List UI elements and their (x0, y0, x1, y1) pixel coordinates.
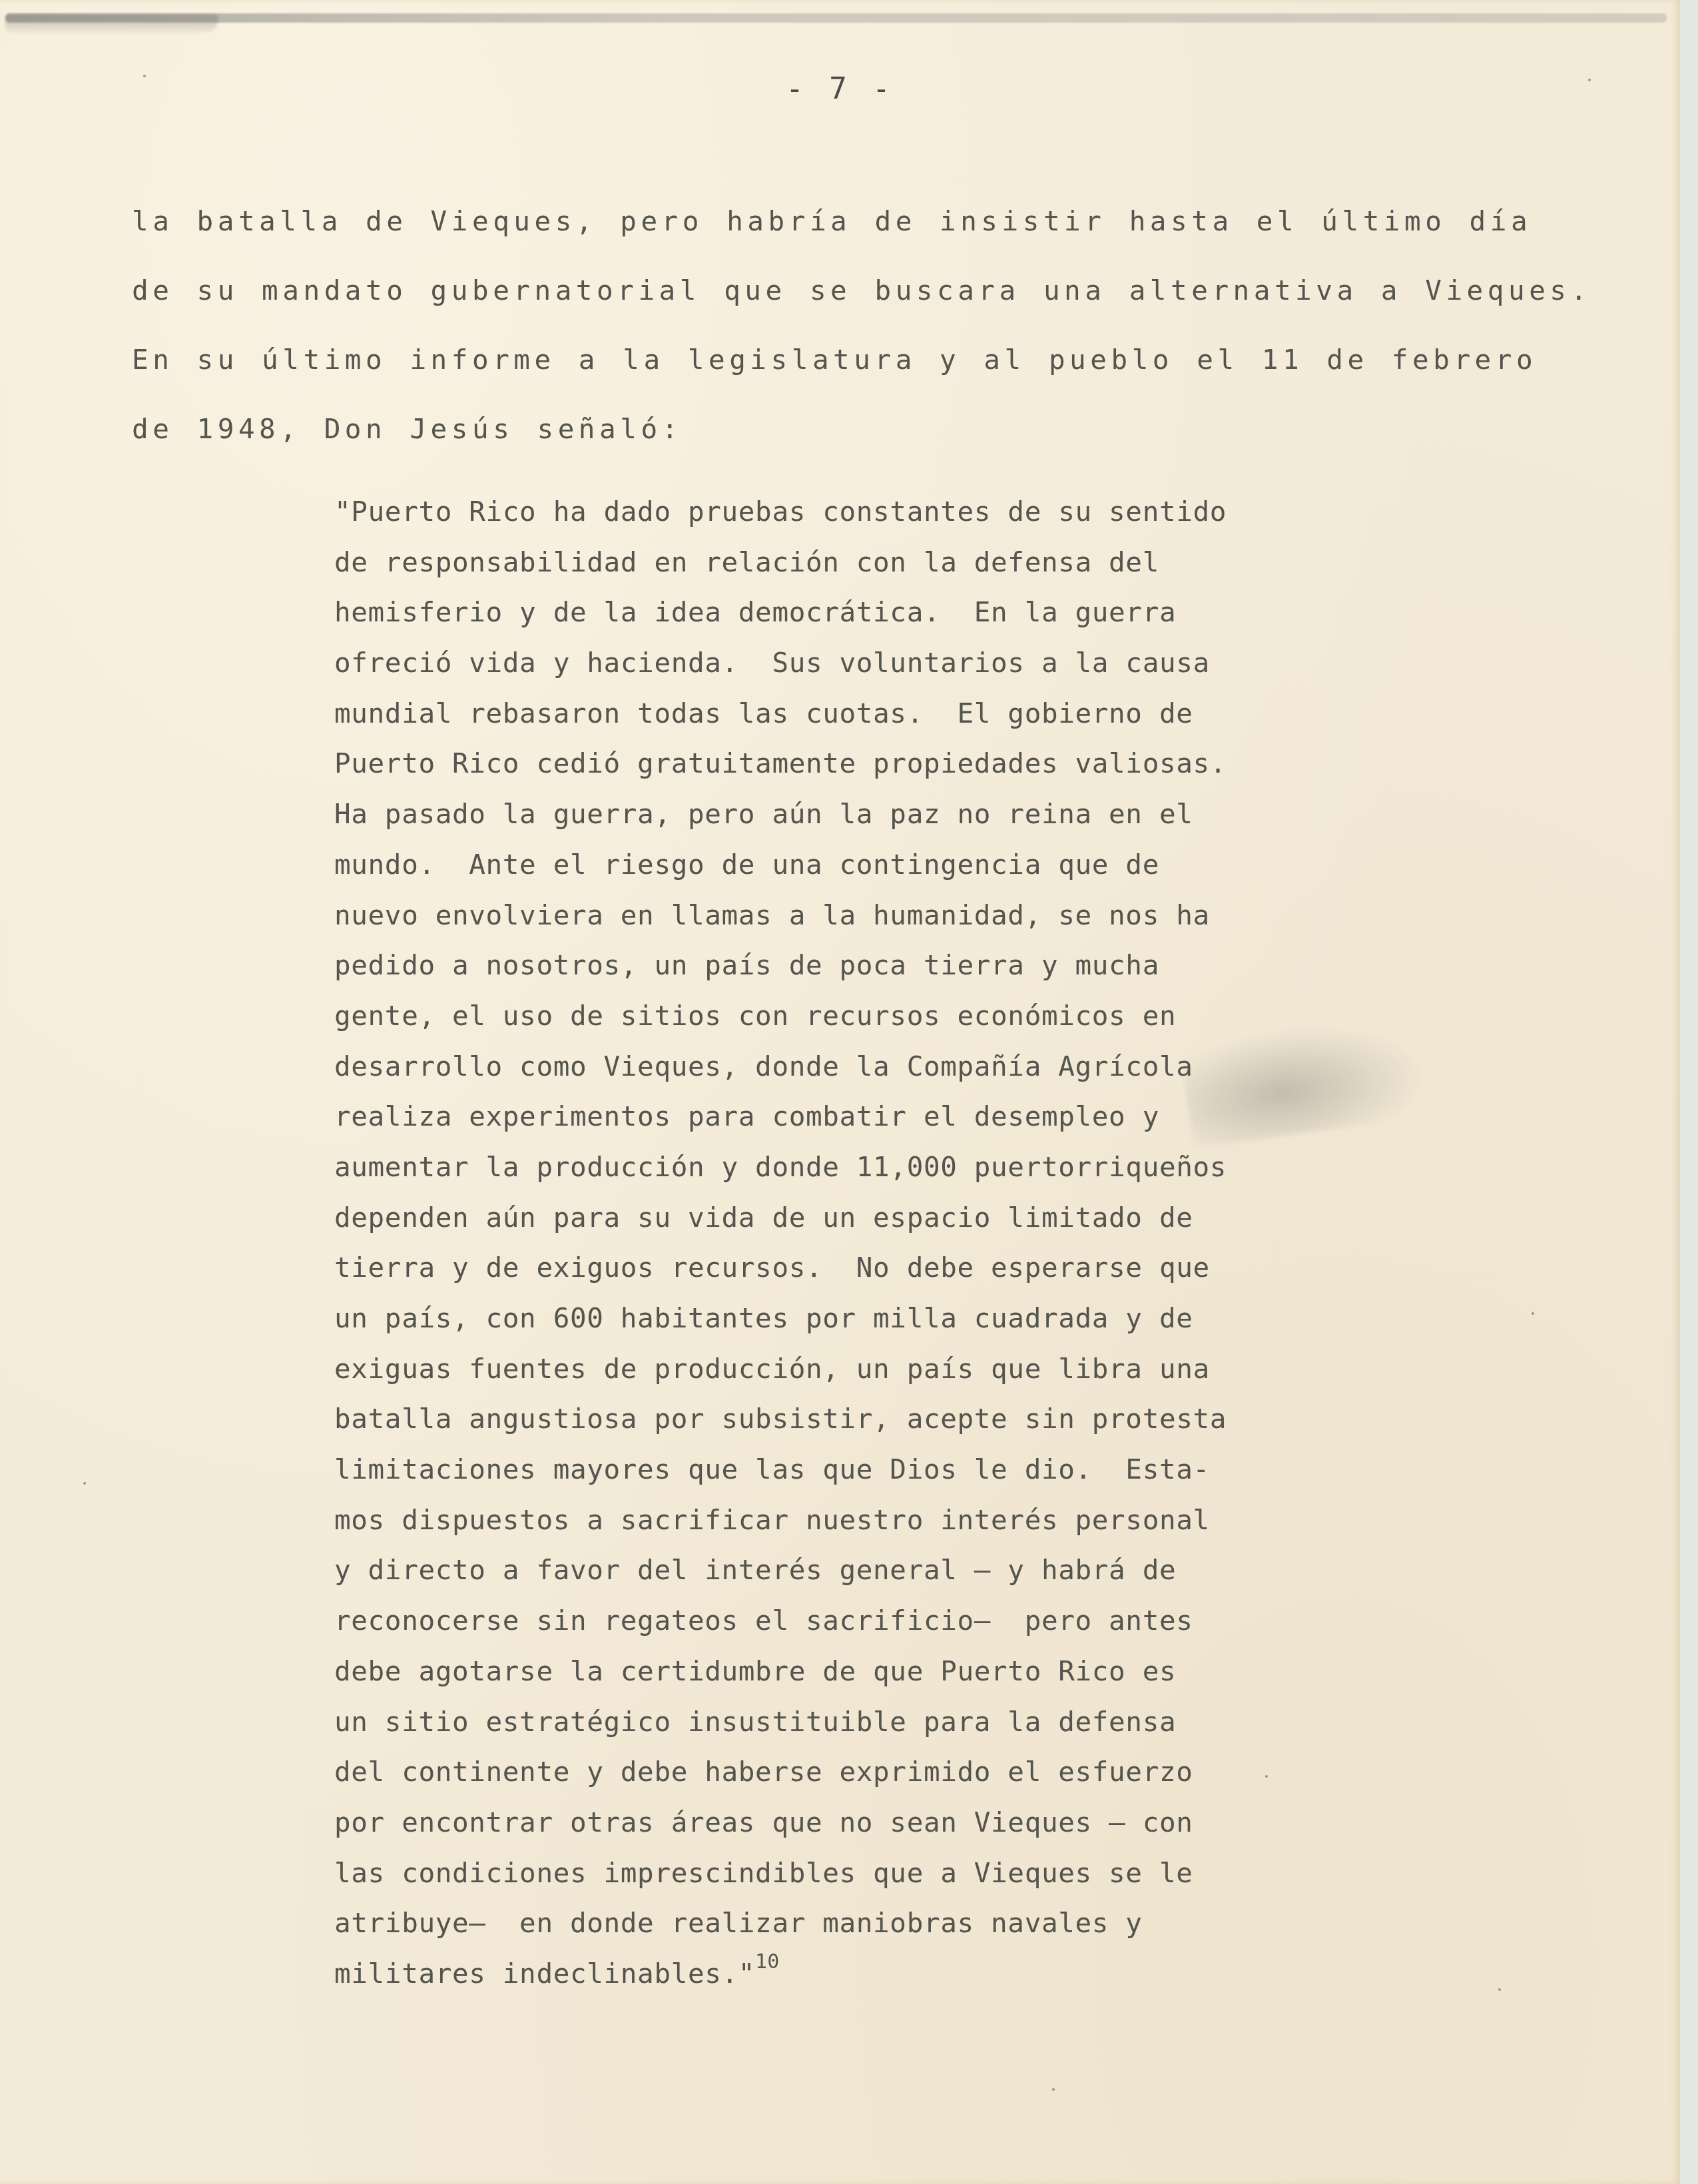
quote-line: mos dispuestos a sacrificar nuestro inte… (334, 1500, 1227, 1551)
quote-line: un país, con 600 habitantes por milla cu… (334, 1298, 1227, 1349)
quote-line: mundial rebasaron todas las cuotas. El g… (334, 693, 1227, 744)
quote-line-text: militares indeclinables." (334, 1958, 755, 1990)
quote-line: batalla angustiosa por subsistir, acepte… (334, 1399, 1227, 1449)
quote-line: gente, el uso de sitios con recursos eco… (334, 996, 1227, 1046)
body-line: En su último informe a la legislatura y … (132, 340, 1591, 409)
body-line: la batalla de Vieques, pero habría de in… (132, 201, 1591, 270)
page-number: - 7 - (0, 72, 1680, 106)
block-quote: "Puerto Rico ha dado pruebas constantes … (334, 492, 1227, 2004)
quote-line: debe agotarse la certidumbre de que Puer… (334, 1651, 1227, 1702)
quote-line: hemisferio y de la idea democrática. En … (334, 592, 1227, 643)
body-line: de su mandato gubernatorial que se busca… (132, 270, 1591, 340)
quote-line: Puerto Rico cedió gratuitamente propieda… (334, 743, 1227, 794)
scan-smudge-top-left (5, 15, 218, 33)
speck (83, 1482, 86, 1485)
footnote-marker[interactable]: 10 (755, 1950, 779, 1974)
quote-line: reconocerse sin regateos el sacrificio— … (334, 1601, 1227, 1651)
quote-line: ofreció vida y hacienda. Sus voluntarios… (334, 643, 1227, 693)
quote-line-last: militares indeclinables."10 (334, 1954, 1227, 2004)
quote-line: las condiciones imprescindibles que a Vi… (334, 1853, 1227, 1904)
quote-line: de responsabilidad en relación con la de… (334, 542, 1227, 593)
quote-line: desarrollo como Vieques, donde la Compañ… (334, 1046, 1227, 1097)
quote-line: "Puerto Rico ha dado pruebas constantes … (334, 492, 1227, 542)
quote-line: pedido a nosotros, un país de poca tierr… (334, 945, 1227, 996)
body-line: de 1948, Don Jesús señaló: (132, 409, 1591, 478)
quote-line: realiza experimentos para combatir el de… (334, 1096, 1227, 1147)
body-paragraph: la batalla de Vieques, pero habría de in… (132, 201, 1591, 478)
quote-line: dependen aún para su vida de un espacio … (334, 1198, 1227, 1248)
scan-smudge-top (5, 13, 1667, 23)
quote-line: exiguas fuentes de producción, un país q… (334, 1349, 1227, 1399)
speck (1498, 1988, 1501, 1991)
quote-line: Ha pasado la guerra, pero aún la paz no … (334, 794, 1227, 845)
quote-line: del continente y debe haberse exprimido … (334, 1752, 1227, 1802)
speck (1052, 2088, 1055, 2091)
quote-line: limitaciones mayores que las que Dios le… (334, 1449, 1227, 1500)
speck (1532, 1312, 1534, 1315)
quote-line: nuevo envolviera en llamas a la humanida… (334, 895, 1227, 946)
speck (1265, 1775, 1268, 1778)
quote-line: por encontrar otras áreas que no sean Vi… (334, 1802, 1227, 1853)
quote-line: atribuye— en donde realizar maniobras na… (334, 1903, 1227, 1954)
document-page: - 7 - la batalla de Vieques, pero habría… (0, 0, 1680, 2184)
quote-line: y directo a favor del interés general — … (334, 1550, 1227, 1601)
quote-line: un sitio estratégico insustituible para … (334, 1702, 1227, 1752)
quote-line: mundo. Ante el riesgo de una contingenci… (334, 845, 1227, 895)
quote-line: aumentar la producción y donde 11,000 pu… (334, 1147, 1227, 1198)
quote-line: tierra y de exiguos recursos. No debe es… (334, 1248, 1227, 1298)
